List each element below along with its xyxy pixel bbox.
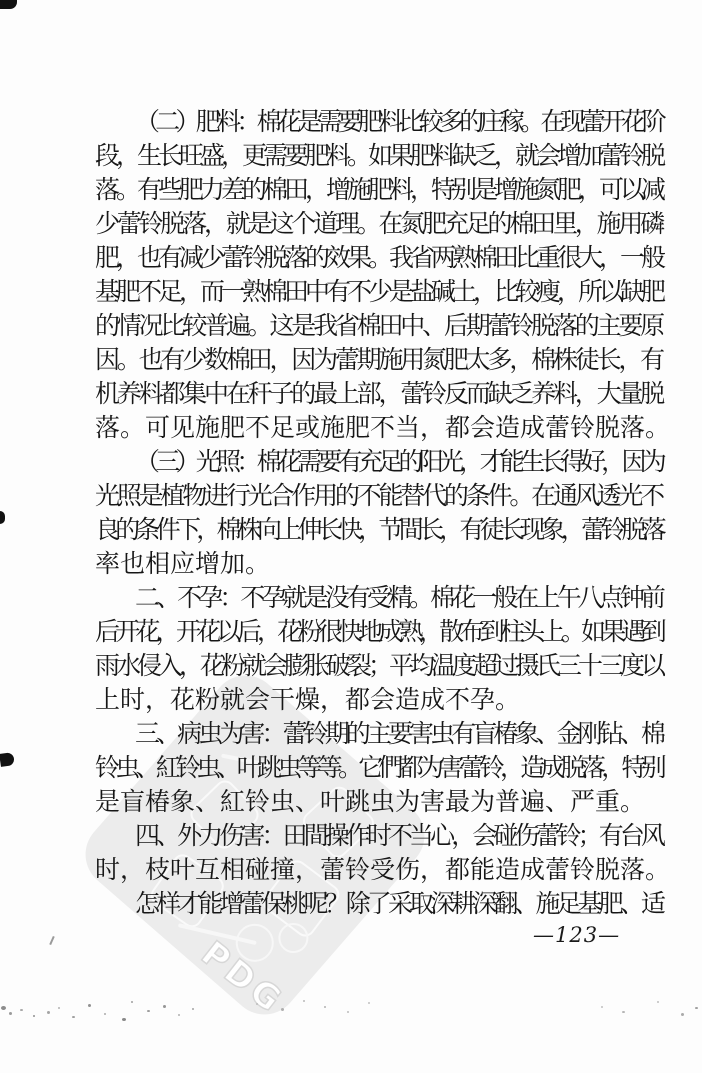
text-line: 良的条件下，棉株向上伸长快，节間长，有徒长现象，蕾铃脱落 — [95, 513, 662, 547]
scan-speck — [178, 1014, 180, 1016]
text-line: 后开花，开花以后，花粉很快地成熟，散布到柱头上。如果遇到 — [95, 615, 662, 649]
scan-speck — [601, 1006, 603, 1008]
scan-speck — [122, 1018, 126, 1021]
scan-speck — [131, 1001, 133, 1003]
scan-speck — [324, 1006, 326, 1008]
scan-speck — [695, 1007, 698, 1009]
scan-mark-top-left — [0, 0, 17, 9]
text-line: 四、外力伤害：田間操作时不当心，会碰伤蕾铃；有台风 — [95, 819, 662, 853]
scan-speck — [33, 1015, 35, 1017]
text-line: （二）肥料：棉花是需要肥料比较多的庄稼。在现蕾开花阶 — [95, 105, 662, 139]
text-line: 铃虫、紅铃虫、叶跳虫等等。它們都为害蕾铃，造成脱落，特别 — [95, 751, 662, 785]
scan-speck — [72, 1016, 75, 1018]
text-line: 雨水侵入，花粉就会膨胀破裂；平均温度超过摄氏三十三度以 — [95, 649, 662, 683]
text-line: 三、病虫为害：蕾铃期的主要害虫有盲椿象、金刚钻、棉 — [95, 717, 662, 751]
text-line: 落。可见施肥不足或施肥不当，都会造成蕾铃脱落。 — [95, 411, 662, 445]
scan-speck — [303, 1000, 305, 1002]
scan-speck — [368, 1002, 370, 1004]
text-line: 的情况比较普遍。这是我省棉田中、后期蕾铃脱落的主要原 — [95, 309, 662, 343]
text-line: 肥，也有减少蕾铃脱落的效果。我省两熟棉田比重很大，一般 — [95, 241, 662, 275]
scan-speck — [622, 1011, 625, 1013]
scan-speck — [1, 1006, 6, 1010]
scan-speck — [104, 1013, 106, 1015]
scan-mark-left-edge — [0, 511, 5, 524]
text-line: 基肥不足，而一熟棉田中有不少是盐碱土，比较瘦，所以缺肥 — [95, 275, 662, 309]
text-block: （二）肥料：棉花是需要肥料比较多的庄稼。在现蕾开花阶 段，生长旺盛，更需要肥料。… — [95, 105, 662, 921]
scan-speck — [192, 1008, 194, 1010]
scan-speck — [88, 1004, 91, 1007]
text-line: 二、不孕：不孕就是没有受精。棉花一般在上午八点钟前 — [95, 581, 662, 615]
scan-tick-mark — [49, 936, 54, 945]
text-line: 上时，花粉就会干燥，都会造成不孕。 — [95, 683, 662, 717]
scan-speck — [657, 1001, 659, 1003]
text-line: 怎样才能增蕾保桃呢？除了采取深耕深翻、施足基肥、适 — [95, 887, 662, 921]
scan-speck — [9, 1012, 12, 1015]
text-line: 光照是植物进行光合作用的不能替代的条件。在通风透光不 — [95, 479, 662, 513]
scan-mark-left-edge — [0, 752, 15, 767]
text-line: 是盲椿象、紅铃虫、叶跳虫为害最为普遍、严重。 — [95, 785, 662, 819]
scan-speck — [163, 1005, 166, 1008]
text-line: 率也相应增加。 — [95, 547, 662, 581]
scan-speck — [681, 1013, 684, 1016]
text-line: 因。也有少数棉田，因为蕾期施用氮肥太多，棉株徒长，有 — [95, 343, 662, 377]
text-line: 少蕾铃脱落，就是这个道理。在氮肥充足的棉田里，施用磷 — [95, 207, 662, 241]
scanned-book-page: PDG （二）肥料：棉花是需要肥料比较多的庄稼。在现蕾开花阶 段，生长旺盛，更需… — [0, 0, 702, 1073]
text-line: 落。有些肥力差的棉田，增施肥料，特别是增施氮肥，可以减 — [95, 173, 662, 207]
text-line: 段，生长旺盛，更需要肥料。如果肥料缺乏，就会增加蕾铃脱 — [95, 139, 662, 173]
scan-speck — [47, 1011, 50, 1014]
scan-speck — [58, 1007, 60, 1009]
scan-speck — [147, 1010, 150, 1012]
page-number: —123— — [533, 923, 620, 947]
text-line: 时，枝叶互相碰撞，蕾铃受伤，都能造成蕾铃脱落。 — [95, 853, 662, 887]
scan-speck — [281, 1008, 284, 1011]
text-line: （三）光照：棉花需要有充足的阳光，才能生长得好，因为 — [95, 445, 662, 479]
scan-speck — [20, 1009, 23, 1011]
text-line: 机养料都集中在秆子的最上部，蕾铃反而缺乏养料，大量脱 — [95, 377, 662, 411]
scan-speck — [256, 1003, 258, 1005]
scan-speck — [347, 1011, 349, 1013]
